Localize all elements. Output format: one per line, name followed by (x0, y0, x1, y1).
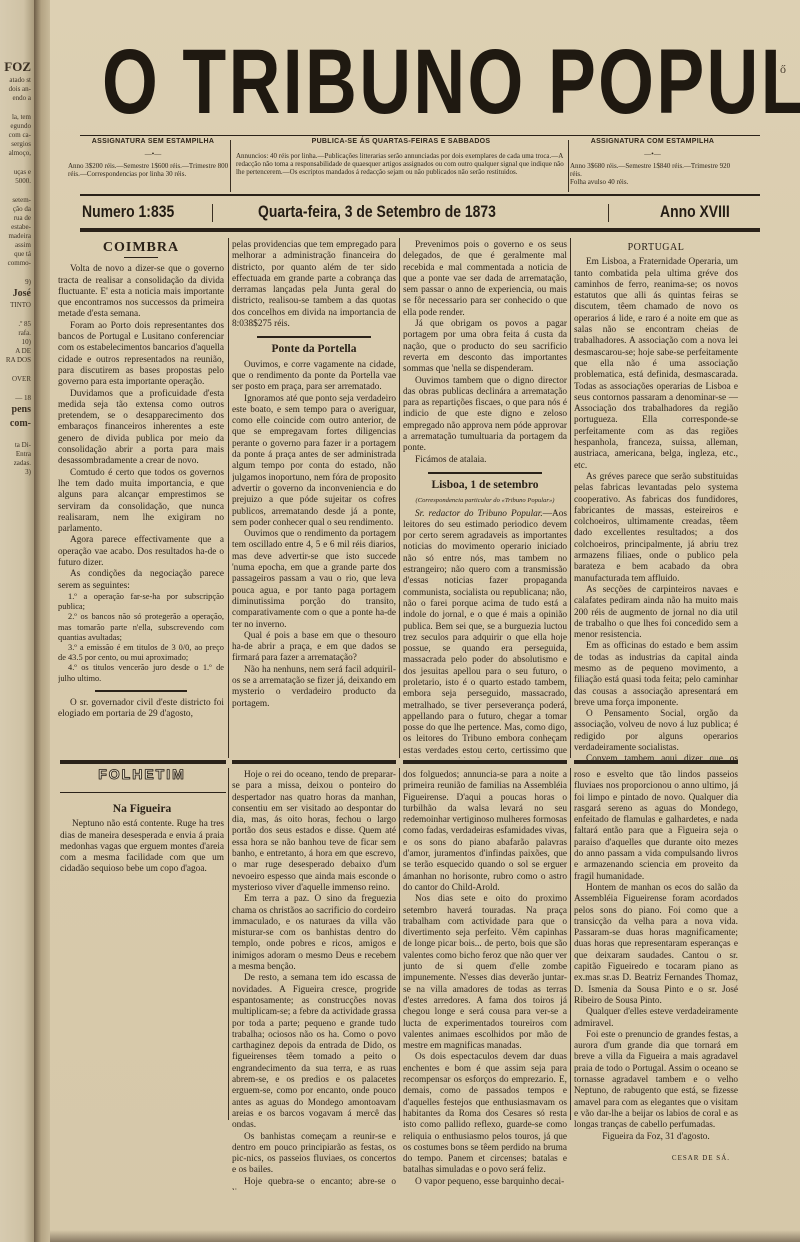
paragraph: Em terra a paz. O sino da freguezia cham… (232, 894, 396, 973)
publication-info-text: Annuncios: 40 réis por linha.—Publicaçõe… (236, 152, 566, 176)
previous-page-fragment: assim (0, 241, 34, 250)
paragraph: dos folguedos; annuncia-se para a noite … (403, 770, 567, 894)
paragraph: Os banhistas começam a reunir-se e dentr… (232, 1132, 396, 1177)
dateline-top-rule (80, 194, 760, 196)
paragraph: Nos dias sete e oito do proximo setembro… (403, 894, 567, 1052)
paragraph: Neptuno não está contente. Ruge ha tres … (60, 819, 224, 875)
previous-page-fragment: dois an- (0, 85, 34, 94)
previous-page-fragment: uças e (0, 168, 34, 177)
paragraph: pelas providencias que tem empregado par… (232, 240, 396, 330)
paragraph: Os dois espectaculos devem dar duas ench… (403, 1052, 567, 1176)
divider (95, 690, 186, 692)
previous-page-fragment: 9) (0, 278, 34, 287)
column-divider (228, 768, 229, 1120)
corner-mark: ő (780, 62, 786, 77)
paragraph: Ouvimos que o rendimento da portagem tem… (232, 529, 396, 631)
author-signature: CESAR DE SÁ. (574, 1153, 738, 1164)
folhetim-rule (403, 760, 567, 764)
previous-page-fragment: egundo (0, 122, 34, 131)
publication-info-heading: PUBLICA-SE ÁS QUARTAS-FEIRAS E SABBADOS (236, 138, 566, 146)
previous-page-fragment: commo- (0, 259, 34, 268)
paragraph: As gréves parece que serão substituidas … (574, 472, 738, 585)
condition-item: 3.º a emissão é em titulos de 3 0/0, ao … (58, 643, 224, 663)
paragraph: Ignoramos até que ponto seja verdadeiro … (232, 394, 396, 530)
place-date: Figueira da Foz, 31 d'agosto. (574, 1132, 738, 1143)
single-copy-price: Folha avulso 40 réis. (570, 178, 735, 186)
previous-page-fragment: — 18 (0, 394, 34, 403)
previous-page-fragment: almoço, (0, 149, 34, 158)
subscription-left-heading: ASSIGNATURA SEM ESTAMPILHA (68, 138, 238, 146)
paragraph: As secções de carpinteiros navaes e cala… (574, 585, 738, 641)
divider (257, 336, 372, 338)
column-coimbra: COIMBRA Volta de novo a dizer-se que o g… (58, 240, 224, 758)
paragraph: Comtudo é certo que todos os governos lh… (58, 468, 224, 536)
issue-number: Numero 1:835 (82, 202, 174, 222)
column-lisboa: Prevenimos pois o governo e os seus dele… (403, 240, 567, 758)
paragraph: Qualquer d'elles esteve verdadeiramente … (574, 1007, 738, 1030)
paragraph: Não ha nenhuns, nem será facil adquiril-… (232, 665, 396, 710)
paragraph: As condições da negociação parece serem … (58, 569, 224, 592)
previous-page-fragment: com ca- (0, 131, 34, 140)
previous-page-fragment: A DE (0, 347, 34, 356)
column-ponte-portella: pelas providencias que tem empregado par… (232, 240, 396, 758)
previous-page-fragment: FOZ (0, 58, 34, 76)
paragraph: roso e esvelto que tão lindos passeios f… (574, 770, 738, 883)
paragraph: Hontem de manhan os ecos do salão da Ass… (574, 883, 738, 1007)
subscription-right: ASSIGNATURA COM ESTAMPILHA —•— Anno 3$68… (570, 138, 735, 186)
previous-page-fragment: atado st (0, 76, 34, 85)
previous-page-fragments: FOZatado stdois an-endo ala, temegundoco… (0, 0, 34, 477)
column-portugal: PORTUGAL Em Lisboa, a Fraternidade Opera… (574, 240, 738, 760)
paragraph: Hoje o rei do oceano, tendo de preparar-… (232, 770, 396, 894)
paragraph: Agora parece effectivamente que a operaç… (58, 535, 224, 569)
correspondence-note: (Correspondencia particular do «Tribuno … (403, 495, 567, 506)
column-divider (399, 238, 400, 758)
section-heading-portugal: PORTUGAL (574, 242, 738, 253)
previous-page-fragment: sergios (0, 140, 34, 149)
paragraph: Duvidamos que a proficuidade d'esta medi… (58, 389, 224, 468)
subscription-right-heading: ASSIGNATURA COM ESTAMPILHA (570, 138, 735, 146)
previous-page-fragment: setem- (0, 196, 34, 205)
paragraph: Foram ao Porto dois representantes dos b… (58, 321, 224, 389)
column-divider (568, 140, 569, 192)
previous-page-fragment: ção da (0, 205, 34, 214)
paragraph: Volta de novo a dizer-se que o governo t… (58, 264, 224, 320)
paragraph: Ficámos de atalaia. (403, 455, 567, 466)
folhetim-banner: FOLHETIM (62, 766, 222, 782)
ornament: —•— (570, 150, 735, 158)
paragraph: Hoje quebra-se o encanto; abre-se o livr… (232, 1177, 396, 1190)
paragraph: O Pensamento Social, orgão da associação… (574, 709, 738, 754)
folhetim-rule (60, 760, 226, 764)
previous-page-fragment: pens (0, 403, 34, 417)
column-divider (230, 140, 231, 192)
ornament: —•— (68, 150, 238, 158)
folhetim-title: Na Figueira (60, 804, 224, 815)
column-divider (570, 238, 571, 758)
paragraph: O sr. governador civil d'este districto … (58, 698, 224, 721)
newspaper-page: O TRIBUNO POPULAR ő ASSIGNATURA SEM ESTA… (50, 0, 800, 1242)
previous-page-fragment: madeira (0, 232, 34, 241)
ornament (124, 257, 157, 258)
previous-page-fragment: 3) (0, 468, 34, 477)
section-heading-ponte-portella: Ponte da Portella (232, 344, 396, 355)
publication-info: PUBLICA-SE ÁS QUARTAS-FEIRAS E SABBADOS … (236, 138, 566, 176)
paragraph: Em Lisboa, a Fraternidade Operaria, um t… (574, 257, 738, 472)
folhetim-banner-rule (60, 792, 226, 793)
previous-page-fragment: .º 85 (0, 320, 34, 329)
paragraph: Já que obrigam os povos a pagar portagem… (403, 319, 567, 375)
previous-page-fragment: estabe- (0, 223, 34, 232)
previous-page-fragment: ta Di- (0, 441, 34, 450)
issue-date: Quarta-feira, 3 de Setembro de 1873 (258, 202, 496, 222)
column-divider (570, 768, 571, 1120)
masthead-title: O TRIBUNO POPULAR (102, 36, 742, 128)
previous-page-edge: FOZatado stdois an-endo ala, temegundoco… (0, 0, 34, 1242)
folhetim-rule (574, 760, 738, 764)
previous-page-fragment: com- (0, 417, 34, 431)
condition-item: 1.º a operação far-se-ha por subscripção… (58, 592, 224, 612)
subscription-right-text: Anno 3$680 réis.—Semestre 1$840 réis.—Tr… (570, 162, 735, 178)
subscription-left: ASSIGNATURA SEM ESTAMPILHA —•— Anno 3$20… (68, 138, 238, 178)
folhetim-rule (232, 760, 396, 764)
paragraph: Em as officinas do estado e bem assim de… (574, 641, 738, 709)
page-shadow (50, 1230, 800, 1242)
paragraph: Ouvimos, e corre vagamente na cidade, qu… (232, 360, 396, 394)
previous-page-fragment: Entra (0, 450, 34, 459)
condition-item: 4.º os titulos vencerão juro desde o 1.º… (58, 663, 224, 683)
previous-page-fragment: 5000. (0, 177, 34, 186)
dateline-bottom-rule (80, 228, 760, 232)
previous-page-fragment: RA DOS (0, 356, 34, 365)
section-heading-coimbra: COIMBRA (58, 242, 224, 253)
previous-page-fragment: TINTO (0, 301, 34, 310)
masthead-rule (80, 135, 760, 136)
paragraph: De resto, a semana tem ido escassa de no… (232, 973, 396, 1131)
folhetim-column-3: dos folguedos; annuncia-se para a noite … (403, 770, 567, 1190)
folhetim-column-1: Na Figueira Neptuno não está contente. R… (60, 798, 224, 1218)
paragraph: Prevenimos pois o governo e os seus dele… (403, 240, 567, 319)
salutation: Sr. redactor do Tribuno Popular. (415, 509, 543, 519)
paragraph: Sr. redactor do Tribuno Popular.—Aos lei… (403, 509, 567, 758)
previous-page-fragment: 10) (0, 338, 34, 347)
folhetim-column-4: roso e esvelto que tão lindos passeios f… (574, 770, 738, 1190)
previous-page-fragment: OVER (0, 375, 34, 384)
subscription-left-text: Anno 3$200 réis.—Semestre 1$600 réis.—Tr… (68, 162, 238, 178)
paragraph: Foi este o prenuncio de grandes festas, … (574, 1030, 738, 1132)
previous-page-fragment: la, tem (0, 113, 34, 122)
section-heading-lisboa: Lisboa, 1 de setembro (403, 480, 567, 491)
dateline: Numero 1:835 Quarta-feira, 3 de Setembro… (80, 200, 760, 226)
paragraph: O vapor pequeno, esse barquinho decai- (403, 1177, 567, 1188)
folhetim-column-2: Hoje o rei do oceano, tendo de preparar-… (232, 770, 396, 1190)
column-divider (228, 238, 229, 758)
column-divider (399, 768, 400, 1120)
previous-page-fragment: José (0, 287, 34, 301)
divider (428, 472, 543, 474)
previous-page-fragment: rafa. (0, 329, 34, 338)
previous-page-fragment: zadas. (0, 459, 34, 468)
previous-page-fragment: que tá (0, 250, 34, 259)
paragraph: Ouvimos tambem que o digno director das … (403, 376, 567, 455)
condition-item: 2.º os bancos não só protegerão a operaç… (58, 612, 224, 643)
volume-year: Anno XVIII (660, 202, 730, 222)
previous-page-fragment: rua de (0, 214, 34, 223)
previous-page-fragment: endo a (0, 94, 34, 103)
paragraph: Qual é pois a base em que o thesouro ha-… (232, 631, 396, 665)
